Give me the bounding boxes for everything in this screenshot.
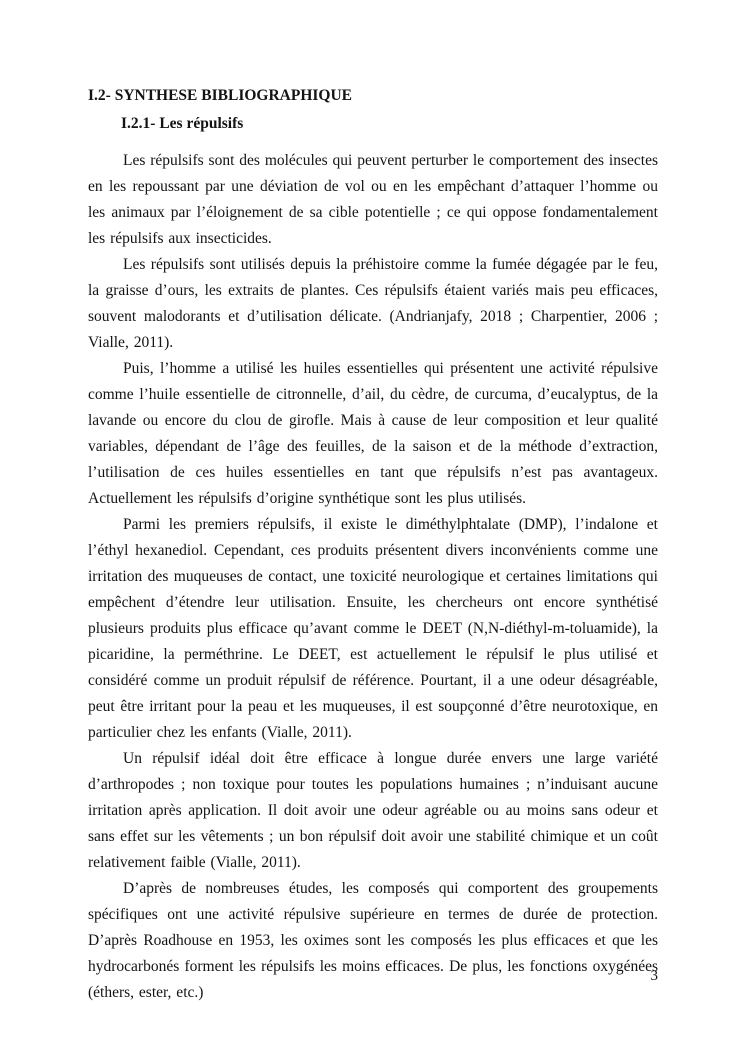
- paragraph-groupements-specifiques: D’après de nombreuses études, les compos…: [88, 876, 658, 1006]
- paragraph-repulsifs-definition: Les répulsifs sont des molécules qui peu…: [88, 148, 658, 252]
- document-page: I.2- SYNTHESE BIBLIOGRAPHIQUE I.2.1- Les…: [0, 0, 745, 1053]
- paragraph-repulsif-ideal: Un répulsif idéal doit être efficace à l…: [88, 746, 658, 876]
- paragraph-repulsifs-histoire: Les répulsifs sont utilisés depuis la pr…: [88, 252, 658, 356]
- page-number: 3: [651, 966, 659, 986]
- subsection-heading: I.2.1- Les répulsifs: [121, 111, 658, 137]
- paragraph-huiles-essentielles: Puis, l’homme a utilisé les huiles essen…: [88, 356, 658, 512]
- paragraph-premiers-repulsifs-deet: Parmi les premiers répulsifs, il existe …: [88, 512, 658, 746]
- section-heading: I.2- SYNTHESE BIBLIOGRAPHIQUE: [88, 83, 658, 109]
- document-body: Les répulsifs sont des molécules qui peu…: [88, 148, 658, 1006]
